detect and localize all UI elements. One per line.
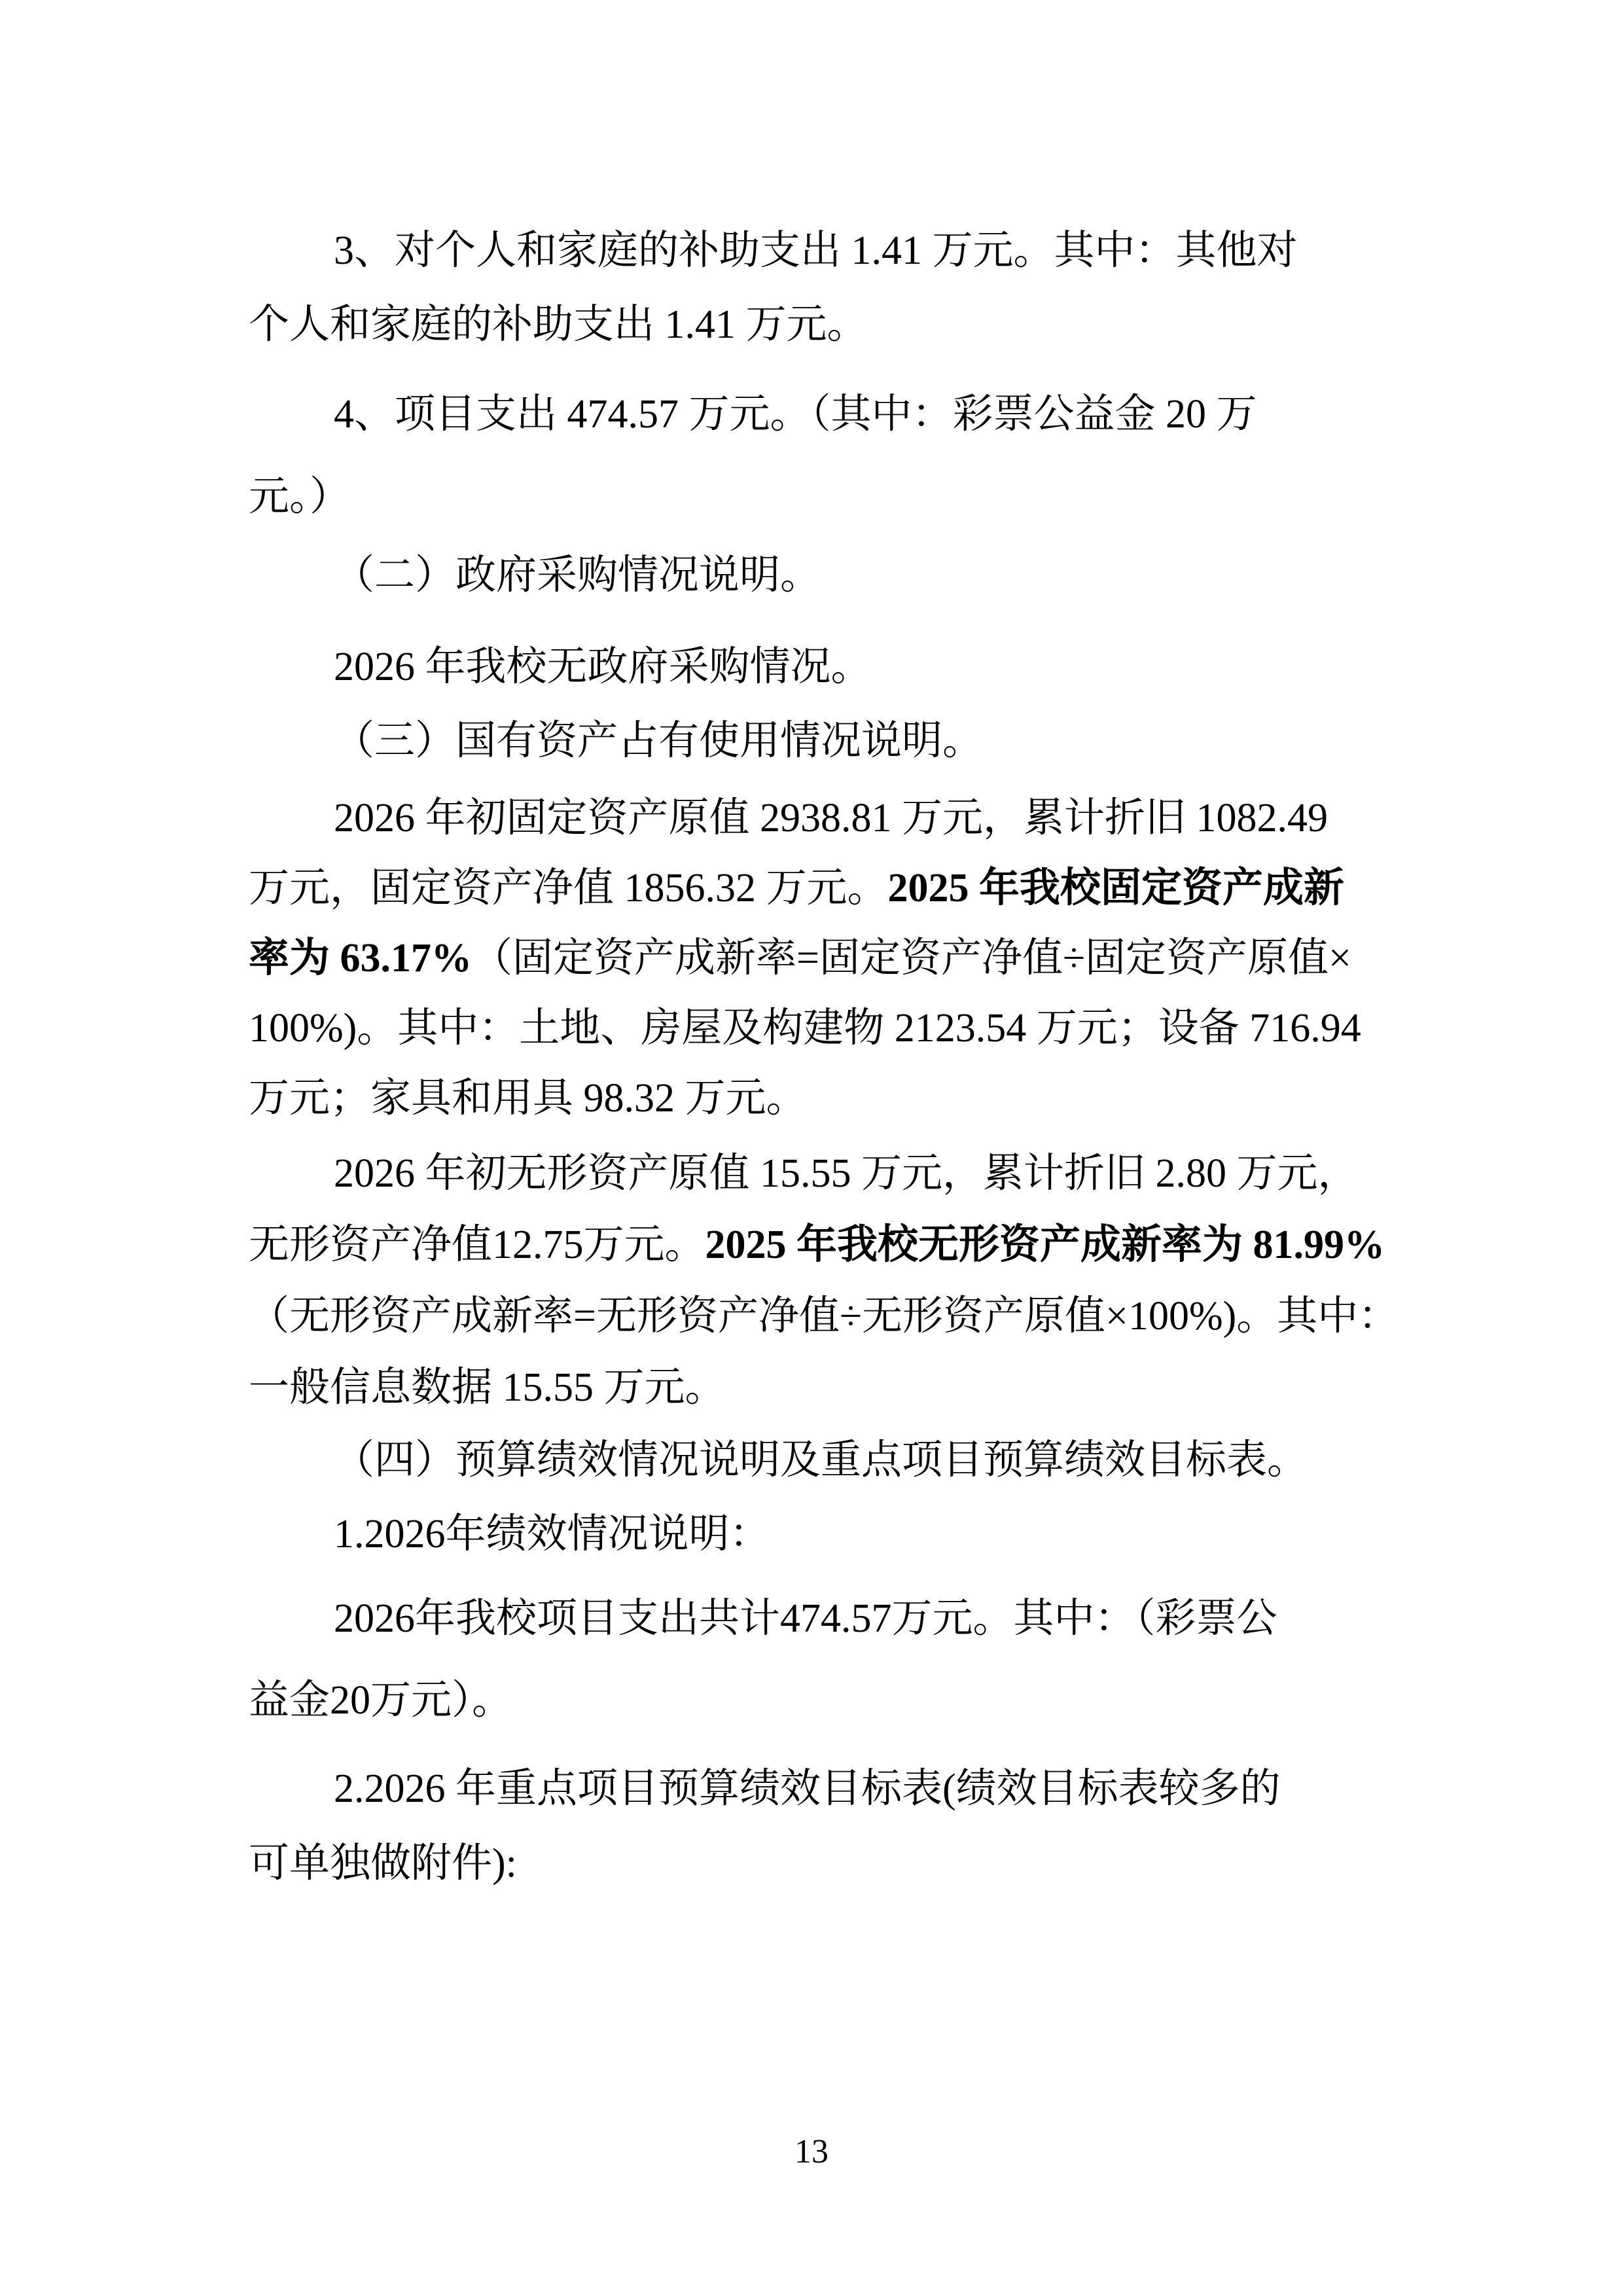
text-line: 益金20万元）。 [249, 1660, 1410, 1742]
text-line: （无形资产成新率=无形资产净值÷无形资产原值×100%)。其中： [249, 1281, 1410, 1352]
text-line: 可单独做附件): [249, 1826, 1410, 1901]
text-line: 1.2026年绩效情况说明： [249, 1498, 1410, 1571]
text-line: 2.2026 年重点项目预算绩效目标表(绩效目标表较多的 [249, 1751, 1410, 1826]
para-procurement-status: 2026 年我校无政府采购情况。 [249, 630, 1410, 704]
text-run: 万元；家具和用具 98.32 万元。 [249, 1076, 807, 1121]
text-run: 万元，固定资产净值 1856.32 万元。 [249, 866, 888, 910]
text-run: 100%)。其中：土地、房屋及构建物 2123.54 万元；设备 716.94 [249, 1006, 1361, 1050]
para-heading-4-budget-performance: （四）预算绩效情况说明及重点项目预算绩效目标表。 [249, 1424, 1410, 1498]
text-run: 3、对个人和家庭的补助支出 1.41 万元。其中：其他对 [334, 228, 1298, 273]
text-line: 个人和家庭的补助支出 1.41 万元。 [249, 288, 1410, 362]
text-run: 无形资产净值12.75万元。 [249, 1223, 705, 1267]
para-heading-3-state-assets: （三）国有资产占有使用情况说明。 [249, 704, 1410, 778]
text-run: （二）政府采购情况说明。 [334, 553, 821, 598]
text-line: 万元；家具和用具 98.32 万元。 [249, 1064, 1410, 1134]
para-key-project-target-table: 2.2026 年重点项目预算绩效目标表(绩效目标表较多的可单独做附件): [249, 1751, 1410, 1901]
para-fixed-assets: 2026 年初固定资产原值 2938.81 万元，累计折旧 1082.49万元，… [249, 783, 1410, 1134]
text-run: 4、项目支出 474.57 万元。（其中：彩票公益金 20 万 [334, 392, 1257, 437]
text-run: 元。） [249, 475, 350, 519]
para-heading-2-government-procurement: （二）政府采购情况说明。 [249, 539, 1410, 613]
page-footer: 13 [0, 2132, 1623, 2172]
text-line: 一般信息数据 15.55 万元。 [249, 1352, 1410, 1424]
text-line: 万元，固定资产净值 1856.32 万元。2025 年我校固定资产成新 [249, 853, 1410, 924]
text-run: 2.2026 年重点项目预算绩效目标表(绩效目标表较多的 [334, 1767, 1281, 1811]
text-line: 率为 63.17%（固定资产成新率=固定资产净值÷固定资产原值× [249, 924, 1410, 994]
text-run: 一般信息数据 15.55 万元。 [249, 1365, 726, 1410]
text-run: 2026 年初固定资产原值 2938.81 万元，累计折旧 1082.49 [334, 796, 1328, 840]
text-run: 1.2026年绩效情况说明： [334, 1512, 770, 1556]
text-run: （无形资产成新率=无形资产净值÷无形资产原值×100%)。其中： [249, 1294, 1399, 1338]
page-number: 13 [794, 2133, 829, 2170]
bold-text-run: 2025 年我校无形资产成新率为 81.99% [705, 1223, 1385, 1267]
text-run: 益金20万元）。 [249, 1678, 512, 1723]
text-line: （四）预算绩效情况说明及重点项目预算绩效目标表。 [249, 1424, 1410, 1498]
text-line: 100%)。其中：土地、房屋及构建物 2123.54 万元；设备 716.94 [249, 994, 1410, 1064]
text-line: （三）国有资产占有使用情况说明。 [249, 704, 1410, 778]
text-line: 2026年我校项目支出共计474.57万元。其中：（彩票公 [249, 1578, 1410, 1660]
text-line: 2026 年我校无政府采购情况。 [249, 630, 1410, 704]
text-line: （二）政府采购情况说明。 [249, 539, 1410, 613]
text-line: 元。） [249, 456, 1410, 538]
para-intangible-assets: 2026 年初无形资产原值 15.55 万元，累计折旧 2.80 万元，无形资产… [249, 1138, 1410, 1424]
text-run: 可单独做附件): [249, 1841, 517, 1886]
text-run: 2026年我校项目支出共计474.57万元。其中：（彩票公 [334, 1596, 1277, 1641]
text-run: （三）国有资产占有使用情况说明。 [334, 719, 983, 763]
text-run: 2026 年初无形资产原值 15.55 万元，累计折旧 2.80 万元， [334, 1151, 1359, 1196]
bold-text-run: 率为 63.17% [249, 936, 472, 980]
bold-text-run: 2025 年我校固定资产成新 [888, 866, 1345, 910]
para-performance-note-title: 1.2026年绩效情况说明： [249, 1498, 1410, 1571]
text-line: 3、对个人和家庭的补助支出 1.41 万元。其中：其他对 [249, 214, 1410, 288]
text-line: 4、项目支出 474.57 万元。（其中：彩票公益金 20 万 [249, 373, 1410, 456]
text-line: 无形资产净值12.75万元。2025 年我校无形资产成新率为 81.99% [249, 1210, 1410, 1281]
text-run: （固定资产成新率=固定资产净值÷固定资产原值× [472, 936, 1351, 980]
document-paragraphs: 3、对个人和家庭的补助支出 1.41 万元。其中：其他对个人和家庭的补助支出 1… [249, 214, 1410, 1901]
text-line: 2026 年初无形资产原值 15.55 万元，累计折旧 2.80 万元， [249, 1138, 1410, 1210]
para-project-expenditure-total: 2026年我校项目支出共计474.57万元。其中：（彩票公益金20万元）。 [249, 1578, 1410, 1742]
para-item4-project-expenditure: 4、项目支出 474.57 万元。（其中：彩票公益金 20 万元。） [249, 373, 1410, 538]
text-run: 2026 年我校无政府采购情况。 [334, 645, 872, 689]
document-page: 3、对个人和家庭的补助支出 1.41 万元。其中：其他对个人和家庭的补助支出 1… [0, 0, 1623, 2296]
text-line: 2026 年初固定资产原值 2938.81 万元，累计折旧 1082.49 [249, 783, 1410, 853]
text-run: 个人和家庭的补助支出 1.41 万元。 [249, 302, 868, 347]
para-item3-personal-family-subsidy: 3、对个人和家庭的补助支出 1.41 万元。其中：其他对个人和家庭的补助支出 1… [249, 214, 1410, 362]
text-run: （四）预算绩效情况说明及重点项目预算绩效目标表。 [334, 1438, 1308, 1482]
